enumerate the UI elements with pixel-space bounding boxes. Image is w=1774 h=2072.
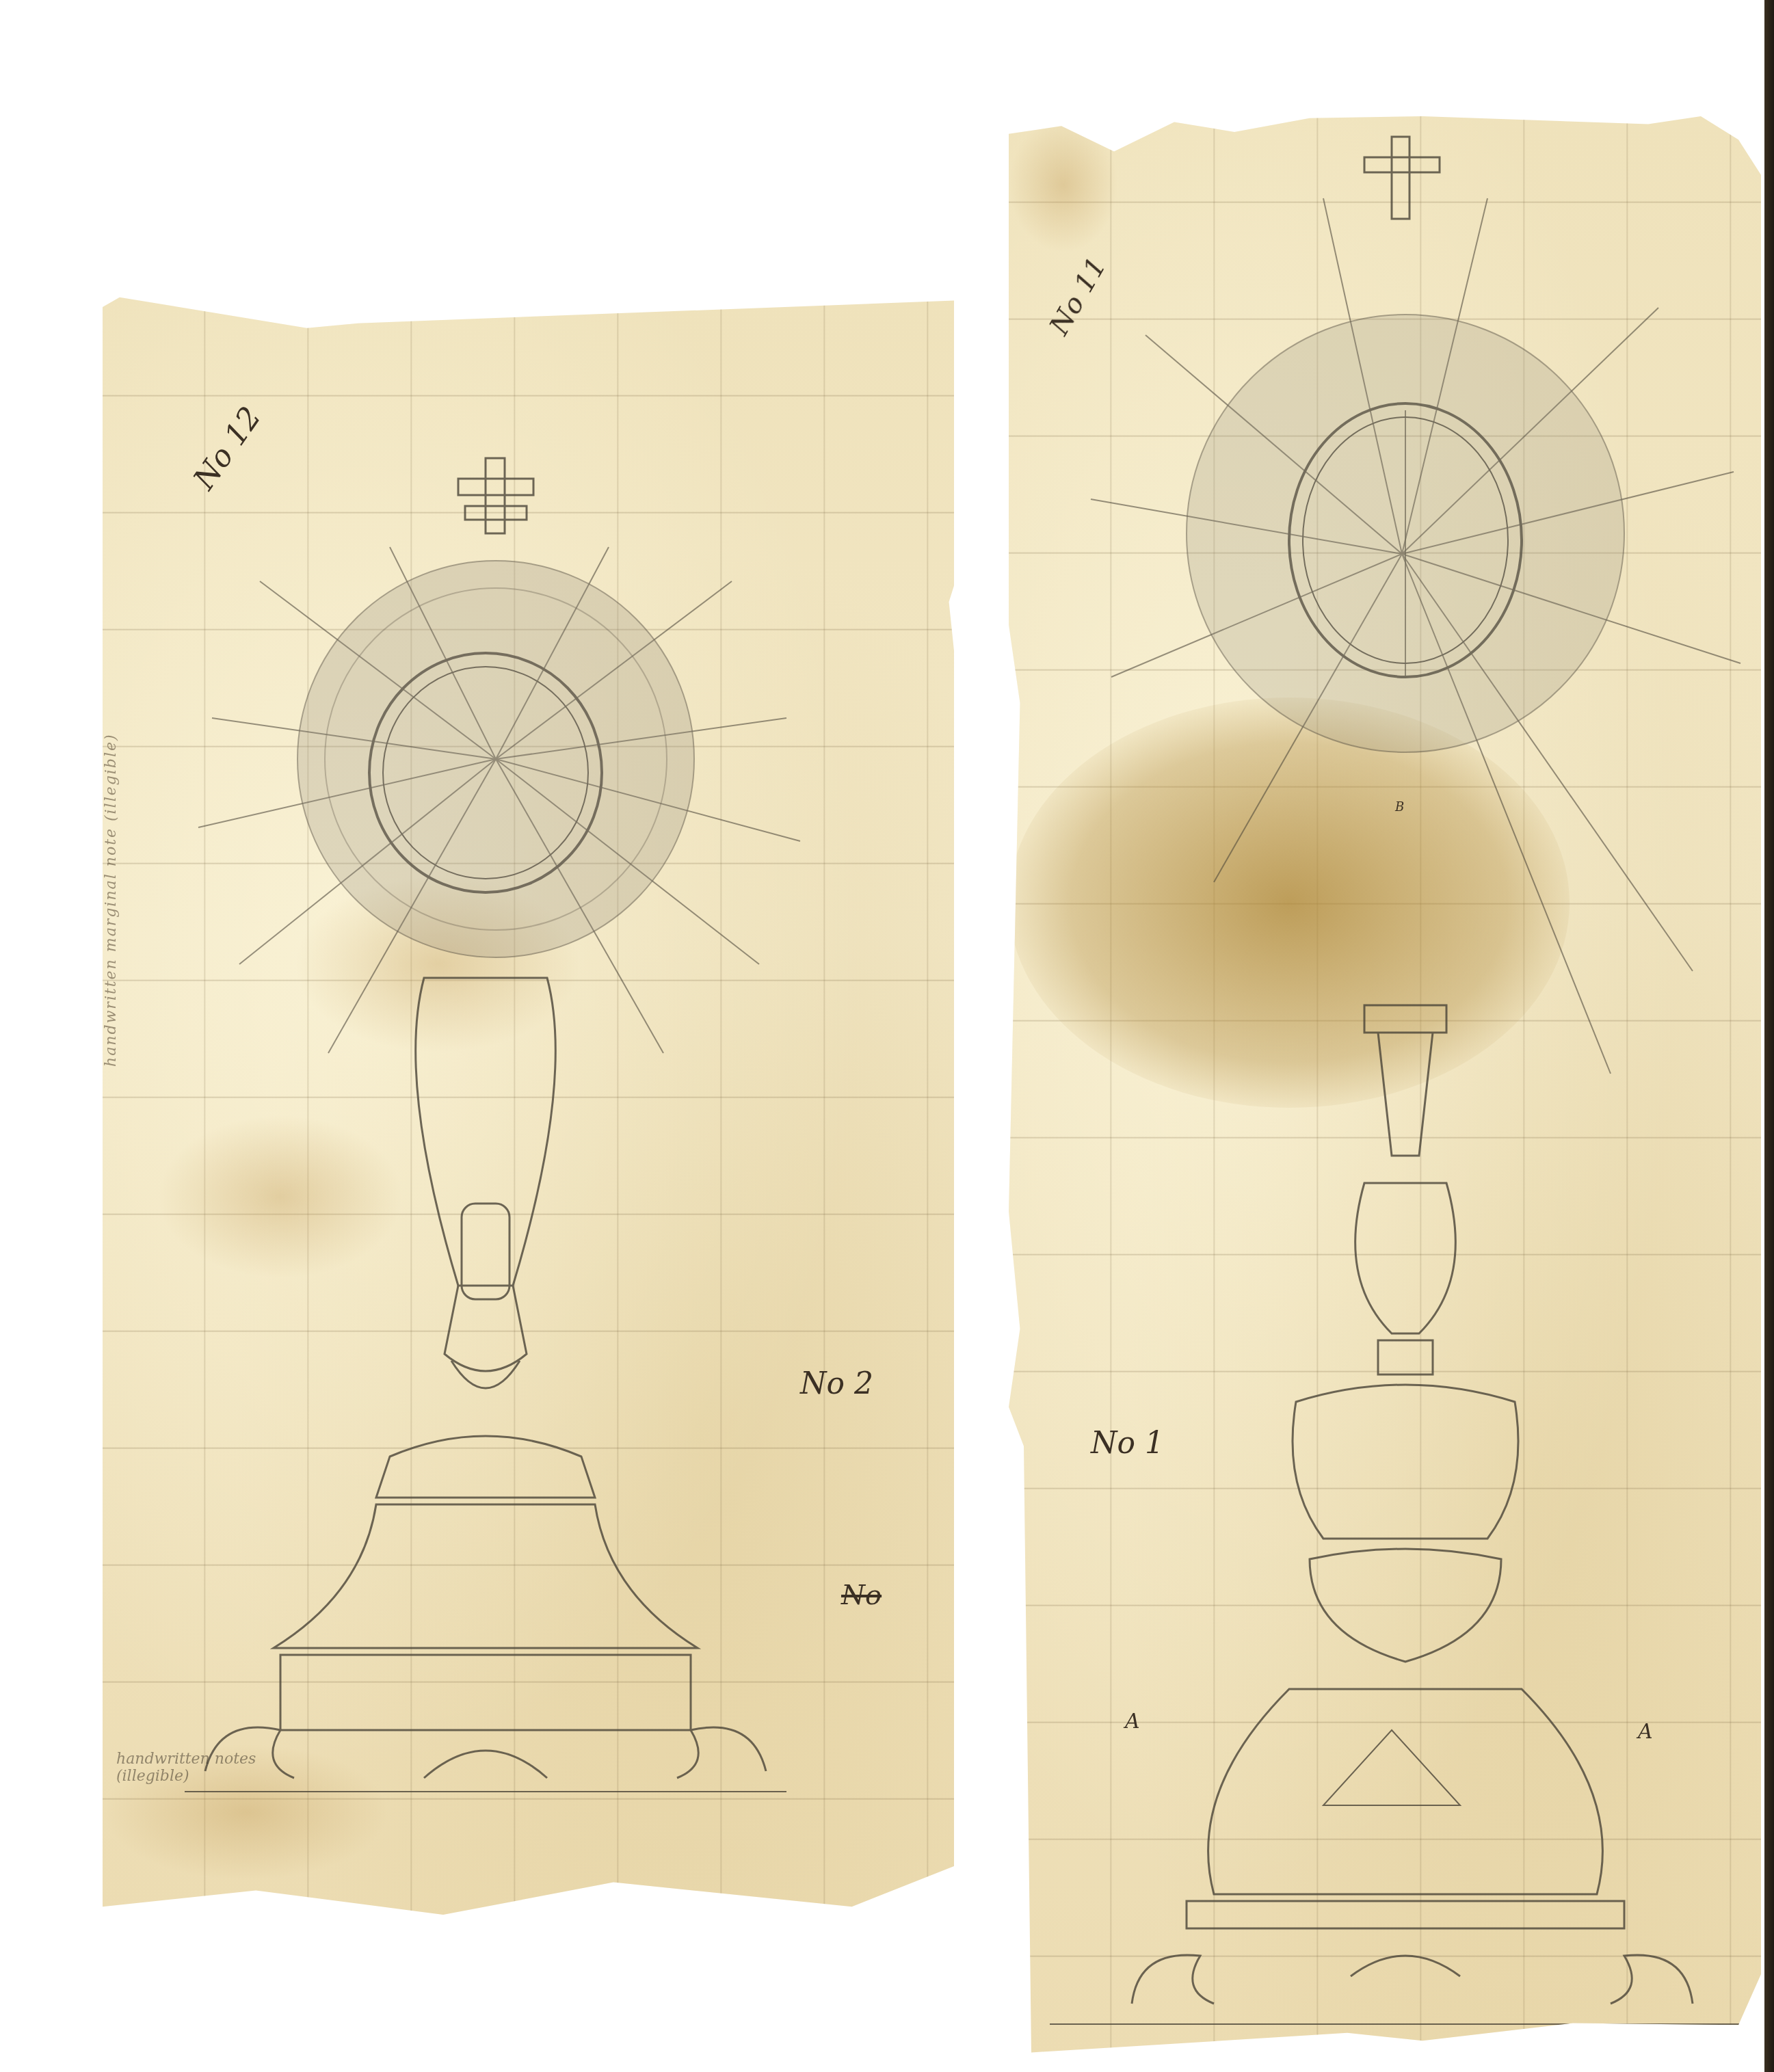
monstrance-drawing-right	[1009, 116, 1761, 2072]
right-drawing-sheet: No 11 No 1 A A B	[1009, 116, 1761, 2072]
left-drawing-sheet: No 12 No 2 No handwritten marginal note …	[103, 294, 954, 1915]
sheet-number-side: No 2	[800, 1366, 873, 1401]
monstrance-drawing-left	[103, 294, 954, 1915]
base-marker-right: A	[1638, 1720, 1653, 1744]
base-marker-left: A	[1125, 1710, 1140, 1734]
bottom-notes: handwritten notes (illegible)	[116, 1751, 280, 1785]
lunette-marker: B	[1395, 800, 1404, 814]
crossed-out-number: No	[841, 1580, 882, 1611]
marginal-note: handwritten marginal note (illegible)	[103, 733, 120, 1067]
frame-edge	[1764, 0, 1774, 2072]
sheet-number-side: No 1	[1091, 1426, 1164, 1461]
